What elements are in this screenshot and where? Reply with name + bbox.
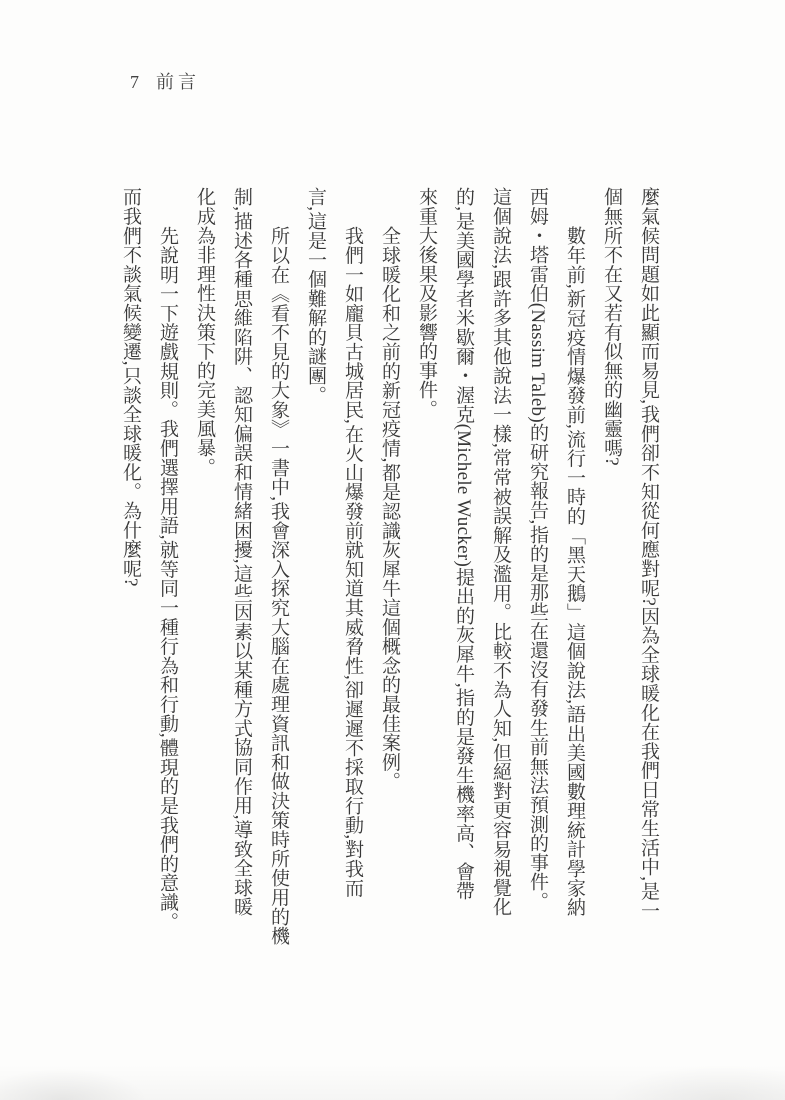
text-column: 麼氣候問題如此顯而易見,我們卻不知從何應對呢?因為全球暖化在我們日常生活中,是一 (630, 187, 667, 987)
vertical-text-block: 麼氣候問題如此顯而易見,我們卻不知從何應對呢?因為全球暖化在我們日常生活中,是一… (112, 187, 667, 987)
text-column: 我們一如龐貝古城居民,在火山爆發前就知道其威脅性,卻遲遲不採取行動,對我而 (334, 187, 371, 987)
text-column: 西姆・塔雷伯(Nassim Taleb)的研究報告,指的是那些在還沒有發生前無法… (519, 187, 556, 987)
page-number: 7 (130, 72, 139, 92)
text-column: 言,這是一個難解的謎團。 (297, 187, 334, 987)
text-column: 先說明一下遊戲規則。我們選擇用語,就等同一種行為和行動,體現的是我們的意識。 (149, 187, 186, 987)
text-column: 的,是美國學者米歇爾・渥克(Michele Wucker)提出的灰犀牛,指的是發… (445, 187, 482, 987)
text-column: 來重大後果及影響的事件。 (408, 187, 445, 987)
text-column: 制,描述各種思維陷阱、認知偏誤和情緒困擾,這些因素以某種方式協同作用,導致全球暖 (223, 187, 260, 987)
running-header: 7 前言 (130, 72, 200, 92)
text-column: 全球暖化和之前的新冠疫情,都是認識灰犀牛這個概念的最佳案例。 (371, 187, 408, 987)
book-page: 7 前言 麼氣候問題如此顯而易見,我們卻不知從何應對呢?因為全球暖化在我們日常生… (0, 0, 785, 1100)
text-column: 化成為非理性決策下的完美風暴。 (186, 187, 223, 987)
text-column: 這個說法,跟許多其他說法一樣,常常被誤解及濫用。比較不為人知,但絕對更容易視覺化 (482, 187, 519, 987)
text-column: 所以在《看不見的大象》一書中,我會深入探究大腦在處理資訊和做決策時所使用的機 (260, 187, 297, 987)
text-column: 個無所不在又若有似無的幽靈嗎? (593, 187, 630, 987)
text-column: 數年前,新冠疫情爆發前,流行一時的「黑天鵝」這個說法,語出美國數理統計學家納 (556, 187, 593, 987)
chapter-title: 前言 (156, 72, 200, 92)
text-column: 而我們不談氣候變遷,只談全球暖化。為什麼呢? (112, 187, 149, 987)
